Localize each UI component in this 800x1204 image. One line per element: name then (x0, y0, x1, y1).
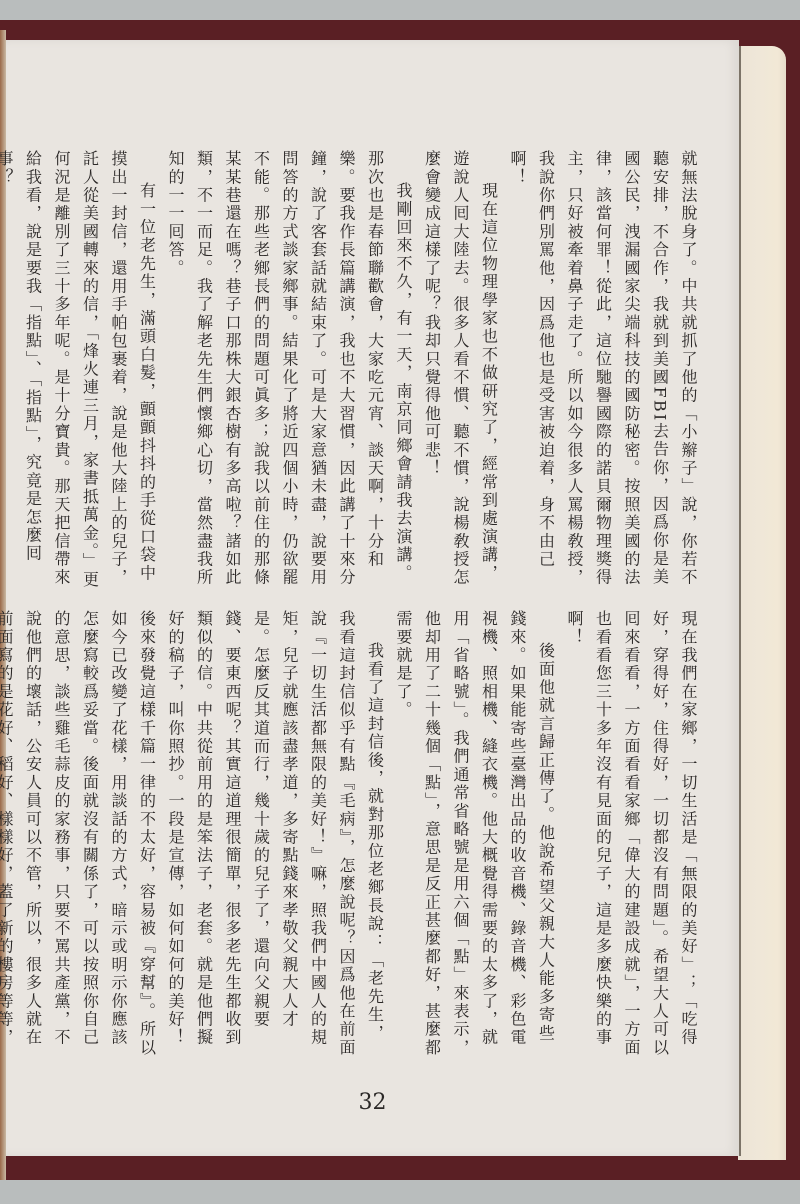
book-page: 就無法脫身了。中共就抓了他的「小辮子」說，你若不聽安排，不合作，我就到美國FBI… (6, 40, 739, 1156)
page-number: 32 (6, 1090, 739, 1115)
paragraph: 後面他就言歸正傳了。他說希望父親大人能多寄些錢來。如果能寄些臺灣出品的收音機、錄… (389, 610, 560, 1060)
paragraph: 現在我們在家鄉，一切生活是「無限的美好」；「吃得好，穿得好，住得好，一切都沒有問… (560, 610, 703, 1060)
paragraph: 有一位老先生，滿頭白髮，顫顫抖抖的手從口袋中摸出一封信，還用手帕包裹着，說是他大… (0, 150, 161, 590)
paragraph: 現在這位物理學家也不做研究了，經常到處演講，遊說人囘大陸去。很多人看不慣、聽不慣… (417, 150, 503, 590)
paragraph: 我看了這封信後，就對那位老鄉長說：「老先生，我看這封信似乎有點『毛病』，怎麼說呢… (0, 610, 389, 1060)
page-stack-edges (738, 46, 786, 1160)
lower-text-section: 現在我們在家鄉，一切生活是「無限的美好」；「吃得好，穿得好，住得好，一切都沒有問… (52, 610, 702, 1060)
book-cover-bottom-edge (0, 1154, 800, 1180)
upper-text-section: 就無法脫身了。中共就抓了他的「小辮子」說，你若不聽安排，不合作，我就到美國FBI… (52, 150, 702, 590)
page-edge-shadow (739, 46, 741, 1156)
paragraph: 我剛回來不久，有一天，南京同鄉會請我去演講。那次也是春節聯歡會，大家吃元宵、談天… (161, 150, 418, 590)
paragraph: 就無法脫身了。中共就抓了他的「小辮子」說，你若不聽安排，不合作，我就到美國FBI… (503, 150, 703, 590)
